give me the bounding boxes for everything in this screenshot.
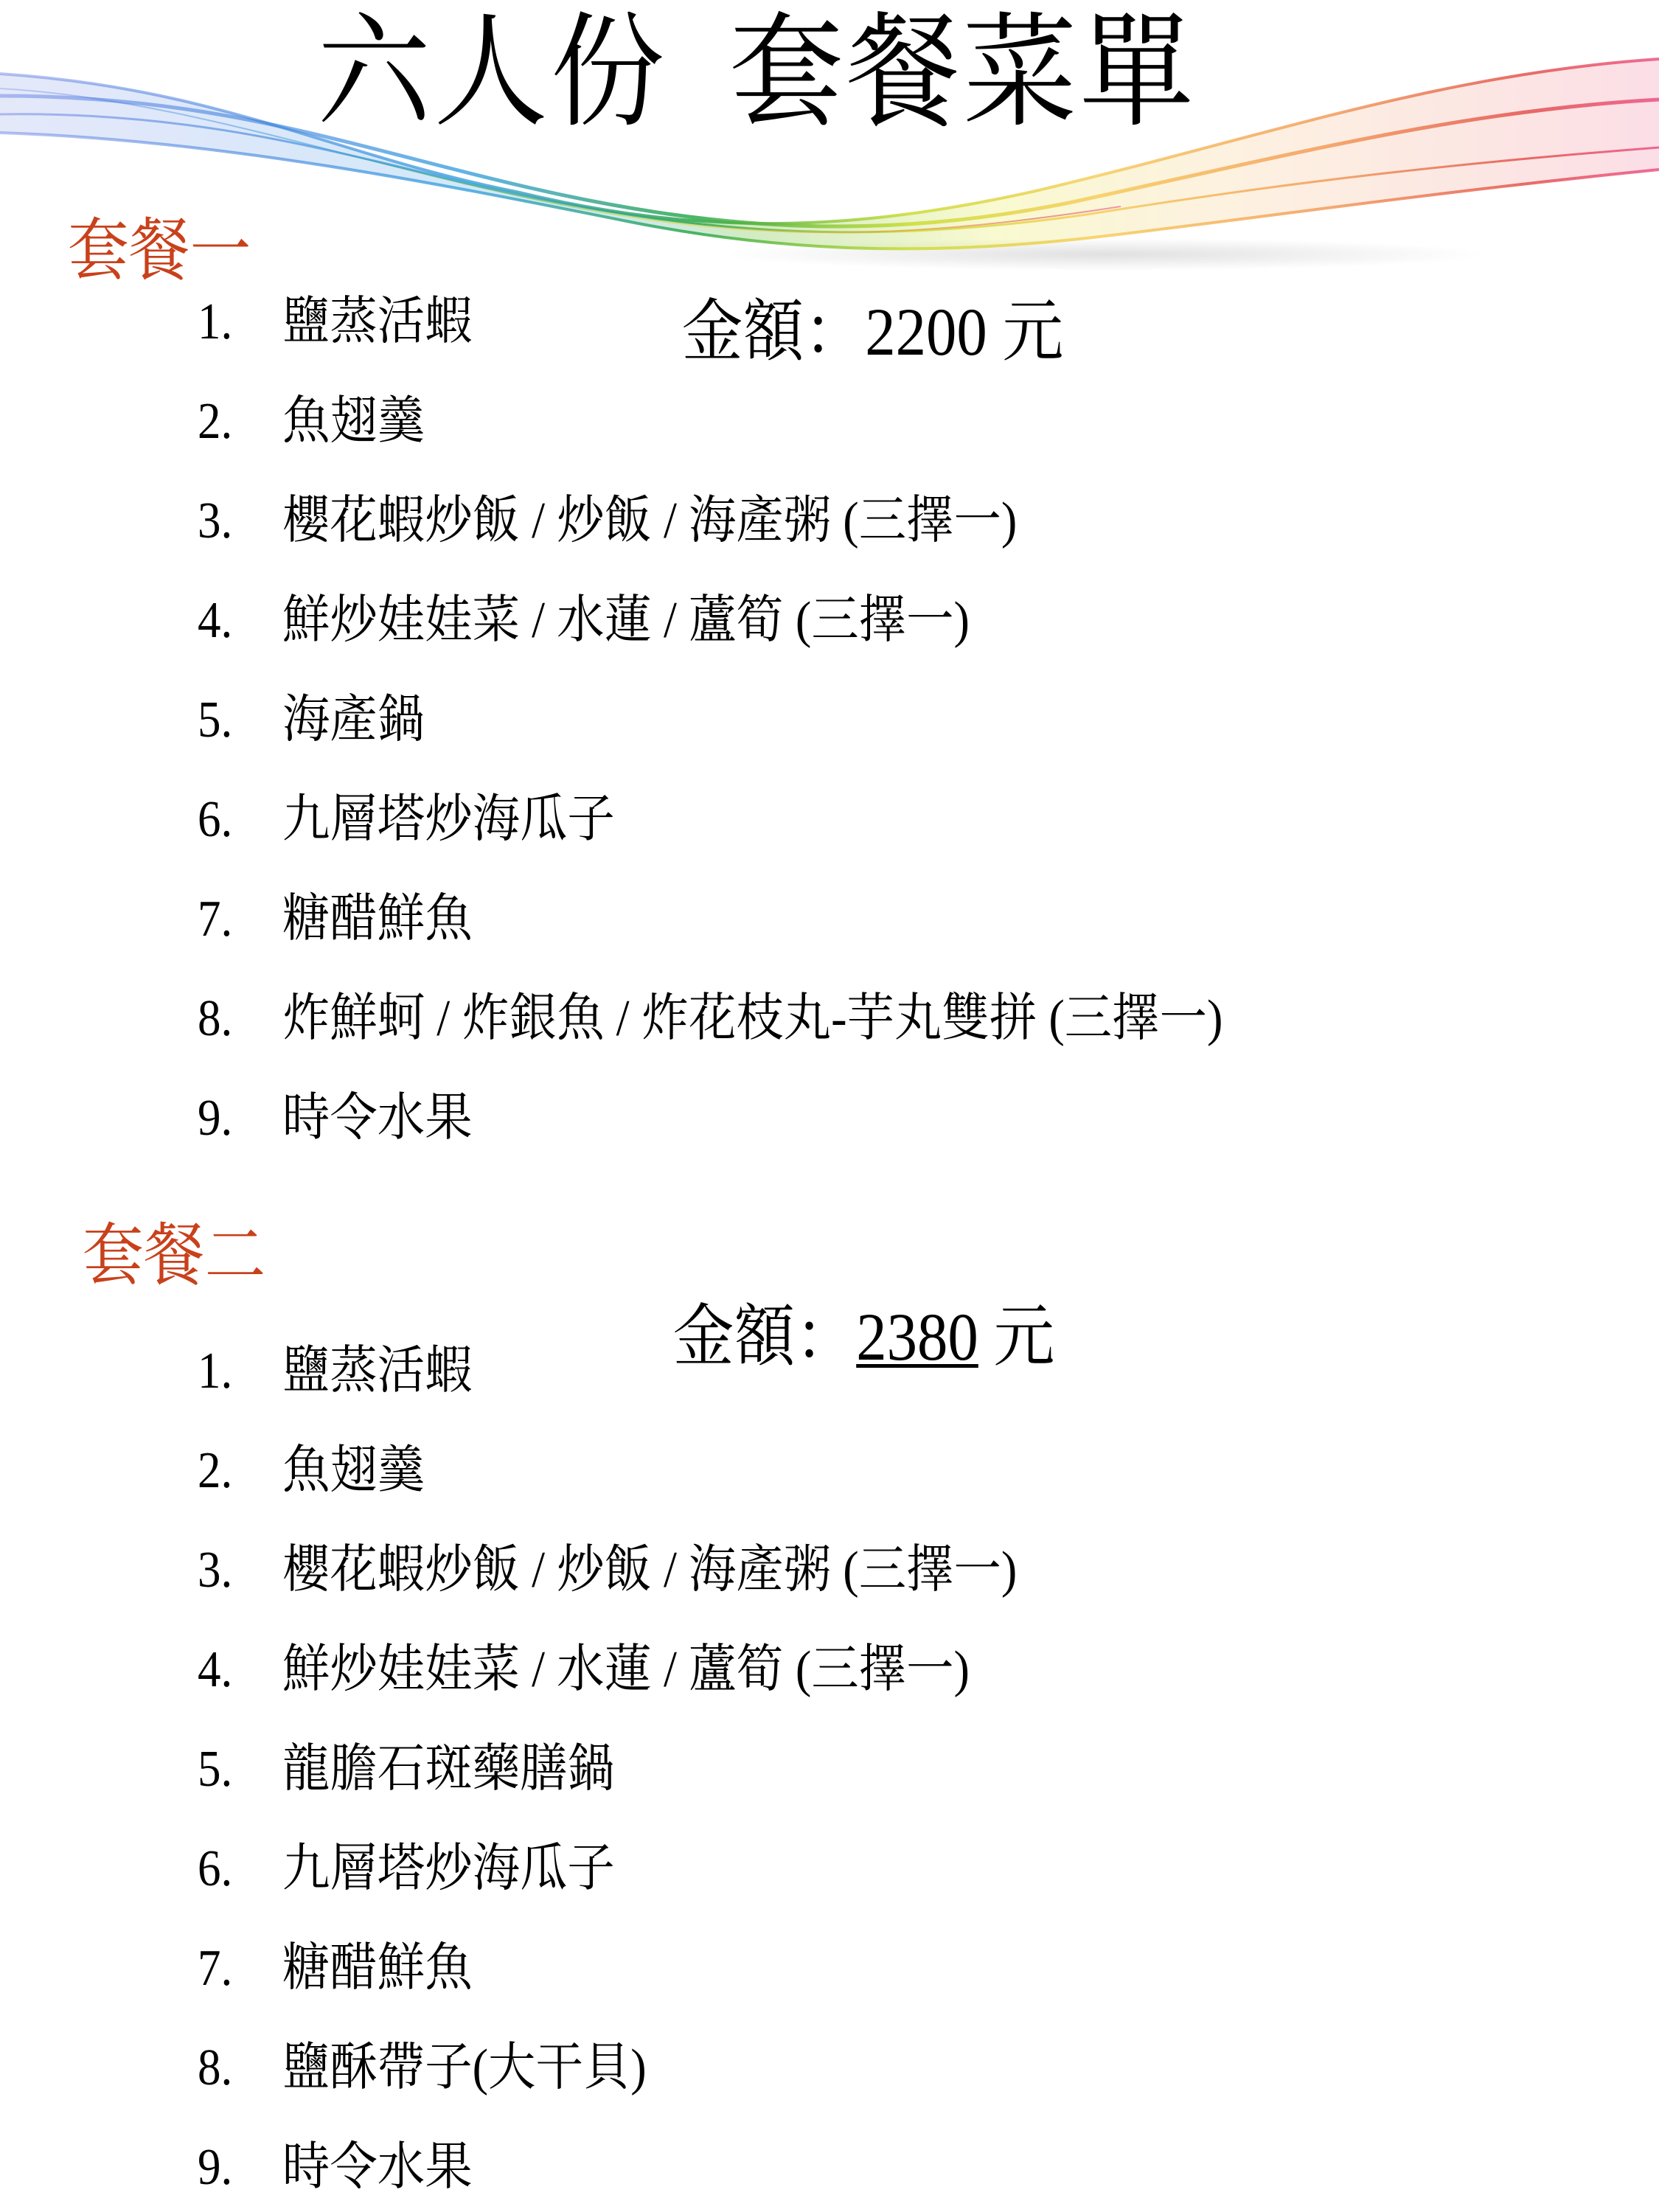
item-text: 海產鍋 [282, 684, 425, 757]
item-number: 4. [198, 1633, 232, 1707]
item-number: 3. [198, 484, 232, 558]
item-number: 8. [198, 2031, 232, 2105]
item-number: 3. [198, 1534, 232, 1607]
item-text: 魚翅羹 [282, 385, 425, 459]
list-item: 9.時令水果 [0, 1082, 1659, 1155]
item-number: 9. [198, 2131, 232, 2205]
item-text: 時令水果 [282, 2131, 473, 2205]
item-number: 6. [198, 783, 232, 857]
item-text: 鹽蒸活蝦 [282, 1335, 473, 1408]
item-number: 7. [198, 883, 232, 956]
item-text: 鹽蒸活蝦 [282, 285, 473, 359]
item-text: 櫻花蝦炒飯 / 炒飯 / 海產粥 (三擇一) [282, 484, 1017, 558]
item-text: 糖醋鮮魚 [282, 883, 473, 956]
list-item: 2.魚翅羹 [0, 385, 1659, 459]
list-item: 1.鹽蒸活蝦 [0, 285, 1659, 359]
list-item: 6.九層塔炒海瓜子 [0, 783, 1659, 857]
item-number: 2. [198, 385, 232, 459]
package-name: 套餐一 [68, 210, 251, 291]
package-name: 套餐二 [83, 1215, 265, 1296]
list-item: 3.櫻花蝦炒飯 / 炒飯 / 海產粥 (三擇一) [0, 1534, 1659, 1607]
item-number: 6. [198, 1832, 232, 1906]
item-text: 鮮炒娃娃菜 / 水蓮 / 蘆筍 (三擇一) [282, 1633, 970, 1707]
item-text: 櫻花蝦炒飯 / 炒飯 / 海產粥 (三擇一) [282, 1534, 1017, 1607]
item-number: 1. [198, 285, 232, 359]
list-item: 3.櫻花蝦炒飯 / 炒飯 / 海產粥 (三擇一) [0, 484, 1659, 558]
item-text: 鹽酥帶子(大干貝) [282, 2031, 647, 2105]
list-item: 4.鮮炒娃娃菜 / 水蓮 / 蘆筍 (三擇一) [0, 584, 1659, 658]
list-item: 6.九層塔炒海瓜子 [0, 1832, 1659, 1906]
list-item: 1.鹽蒸活蝦 [0, 1335, 1659, 1408]
item-number: 8. [198, 982, 232, 1056]
item-number: 7. [198, 1932, 232, 2006]
page-title: 六人份 套餐菜單 [317, 0, 1196, 147]
item-text: 九層塔炒海瓜子 [282, 1832, 615, 1906]
list-item: 9.時令水果 [0, 2131, 1659, 2205]
list-item: 5.海產鍋 [0, 684, 1659, 757]
item-number: 5. [198, 1733, 232, 1806]
item-number: 4. [198, 584, 232, 658]
list-item: 7.糖醋鮮魚 [0, 883, 1659, 956]
list-item: 8.炸鮮蚵 / 炸銀魚 / 炸花枝丸-芋丸雙拼 (三擇一) [0, 982, 1659, 1056]
list-item: 8.鹽酥帶子(大干貝) [0, 2031, 1659, 2105]
item-number: 1. [198, 1335, 232, 1408]
list-item: 7.糖醋鮮魚 [0, 1932, 1659, 2006]
item-number: 2. [198, 1434, 232, 1508]
list-item: 4.鮮炒娃娃菜 / 水蓮 / 蘆筍 (三擇一) [0, 1633, 1659, 1707]
item-text: 炸鮮蚵 / 炸銀魚 / 炸花枝丸-芋丸雙拼 (三擇一) [282, 982, 1222, 1056]
item-text: 時令水果 [282, 1082, 473, 1155]
list-item: 2.魚翅羹 [0, 1434, 1659, 1508]
item-text: 糖醋鮮魚 [282, 1932, 473, 2006]
item-text: 龍膽石斑藥膳鍋 [282, 1733, 615, 1806]
list-item: 5.龍膽石斑藥膳鍋 [0, 1733, 1659, 1806]
item-text: 九層塔炒海瓜子 [282, 783, 615, 857]
item-text: 鮮炒娃娃菜 / 水蓮 / 蘆筍 (三擇一) [282, 584, 970, 658]
item-number: 9. [198, 1082, 232, 1155]
item-number: 5. [198, 684, 232, 757]
item-text: 魚翅羹 [282, 1434, 425, 1508]
